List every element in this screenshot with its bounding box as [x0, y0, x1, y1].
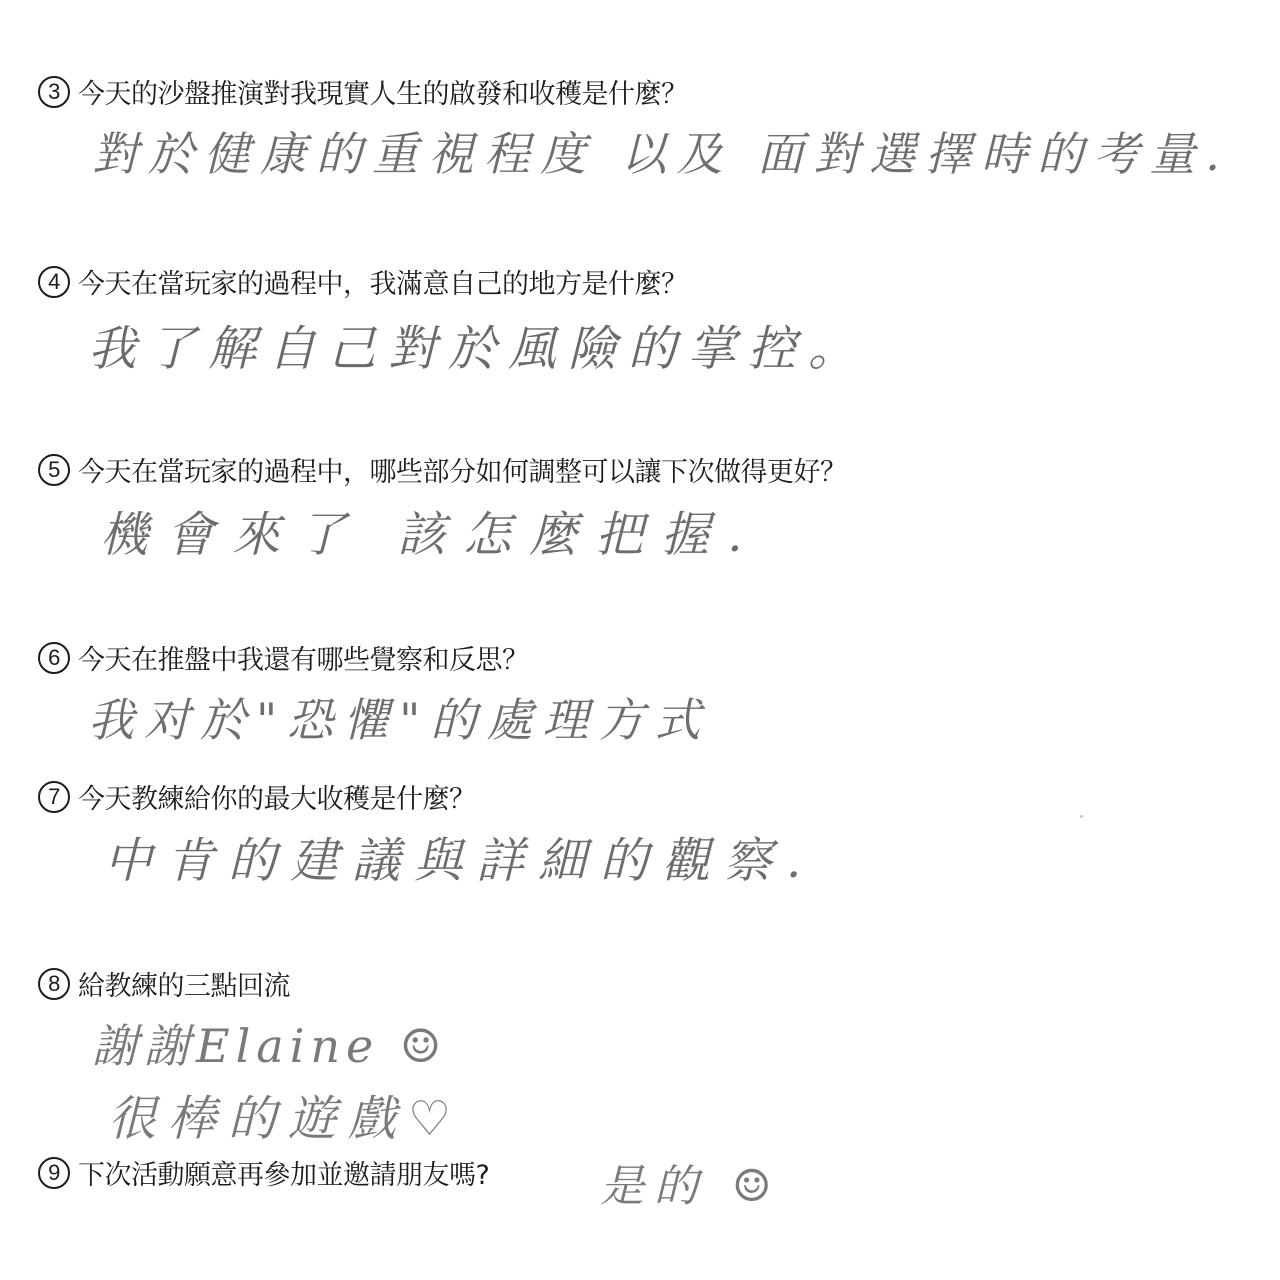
question-7: 7 今天教練給你的最大收穫是什麼？: [38, 777, 476, 816]
question-3: 3 今天的沙盤推演對我現實人生的啟發和收穫是什麼？: [38, 72, 688, 111]
question-4-text: 今天在當玩家的過程中，我滿意自己的地方是什麼？: [78, 262, 688, 301]
handwritten-answer-6: 我对於"恐懼"的處理方式: [88, 684, 710, 750]
question-number-7: 7: [38, 781, 70, 813]
question-8: 8 給教練的三點回流: [38, 964, 290, 1003]
question-number-4: 4: [38, 266, 70, 298]
handwritten-answer-4: 我了解自己對於風險的掌控。: [88, 310, 868, 379]
handwritten-answer-8-line-2: 很棒的遊戲♡: [108, 1080, 463, 1149]
question-5: 5 今天在當玩家的過程中，哪些部分如何調整可以讓下次做得更好？: [38, 450, 847, 489]
handwritten-answer-5: 機會來了 該怎麼把握.: [100, 496, 761, 565]
question-3-text: 今天的沙盤推演對我現實人生的啟發和收穫是什麼？: [78, 72, 688, 111]
handwritten-answer-3: 對於健康的重視程度 以及 面對選擇時的考量.: [92, 118, 1230, 184]
question-5-text: 今天在當玩家的過程中，哪些部分如何調整可以讓下次做得更好？: [78, 450, 847, 489]
question-number-6: 6: [38, 642, 70, 674]
question-6: 6 今天在推盤中我還有哪些覺察和反思？: [38, 638, 529, 677]
question-6-text: 今天在推盤中我還有哪些覺察和反思？: [78, 638, 529, 677]
question-number-9: 9: [38, 1157, 70, 1189]
handwritten-answer-9: 是的 ☺: [600, 1150, 781, 1214]
question-9-text: 下次活動願意再參加並邀請朋友嗎?: [78, 1153, 489, 1192]
question-4: 4 今天在當玩家的過程中，我滿意自己的地方是什麼？: [38, 262, 688, 301]
question-number-5: 5: [38, 454, 70, 486]
handwritten-answer-7: 中肯的建議與詳細的觀察.: [104, 822, 815, 891]
question-7-text: 今天教練給你的最大收穫是什麼？: [78, 777, 476, 816]
handwritten-answer-8-line-1: 謝謝Elaine ☺: [92, 1010, 447, 1076]
question-8-text: 給教練的三點回流: [78, 964, 290, 1003]
scan-speck: [1080, 815, 1083, 818]
question-9: 9 下次活動願意再參加並邀請朋友嗎?: [38, 1153, 489, 1192]
question-number-8: 8: [38, 968, 70, 1000]
question-number-3: 3: [38, 76, 70, 108]
